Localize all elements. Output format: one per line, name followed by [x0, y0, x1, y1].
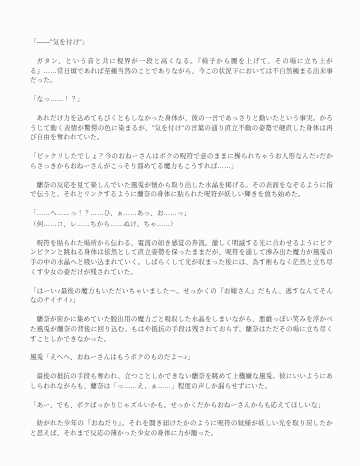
paragraph: 最後の抵抗の手段も奪われ、立つことしかできない蘭奈を眺めて上機嫌な風兎。彼にいい…: [30, 372, 333, 392]
paragraph: （何……コ、レ……ちから……ぬけ、ちゃ……）: [30, 220, 333, 230]
paragraph: 蘭奈の反応を見て楽しんでいた風兎が懐から取り出した水晶を掲げる。その表面をなぞる…: [30, 181, 333, 201]
paragraph: 紡がれた少年の『おねだり』。それを聞き届けたかのように呪符の紋様が妖しい光を取り…: [30, 419, 333, 439]
paragraph: ガタン、という音と共に視界が一段と高くなる。『椅子から腰を上げて、その場に立ち上…: [30, 57, 333, 86]
paragraph: 「あー、でも、ボクばっかりじゃズルいかも。せっかくだからおねーさんからも応えてほ…: [30, 401, 333, 411]
paragraph: 「なっ……！？」: [30, 95, 333, 105]
paragraph: 呪符を貼られた場所から伝わる、電流の如き感覚の奔流。激しく明滅する光に合わせるよ…: [30, 239, 333, 278]
paragraph: 「ビックリしたでしょ？今のおねーさんはボクの呪符で意のままに操られちゃうお人形な…: [30, 152, 333, 172]
text-body: 「——"気を付け"」ガタン、という音と共に視界が一段と高くなる。『椅子から腰を上…: [30, 38, 333, 448]
paragraph: 「——"気を付け"」: [30, 38, 333, 48]
paragraph: 「はーい♪最後の魔力もいただいちゃいました〜。せっかくの『お嫁さん』だもん、逃す…: [30, 287, 333, 307]
paragraph: 「……へ……っ！？……ひ、ぁ……あっ、お……っ」: [30, 209, 333, 219]
paragraph: 蘭奈が密かに集めていた脱出用の魔力ごと吸収した水晶をしまいながら、悪戯っぽい笑み…: [30, 315, 333, 344]
paragraph: あれだけ力を込めてもびくともしなかった身体が、彼の一言であっさりと動いたという事…: [30, 114, 333, 143]
paragraph: 風兎「えへへ、おねーさんはもうボクのものだよ〜♪」: [30, 353, 333, 363]
document-page: 「——"気を付け"」ガタン、という音と共に視界が一段と高くなる。『椅子から腰を上…: [0, 0, 360, 466]
